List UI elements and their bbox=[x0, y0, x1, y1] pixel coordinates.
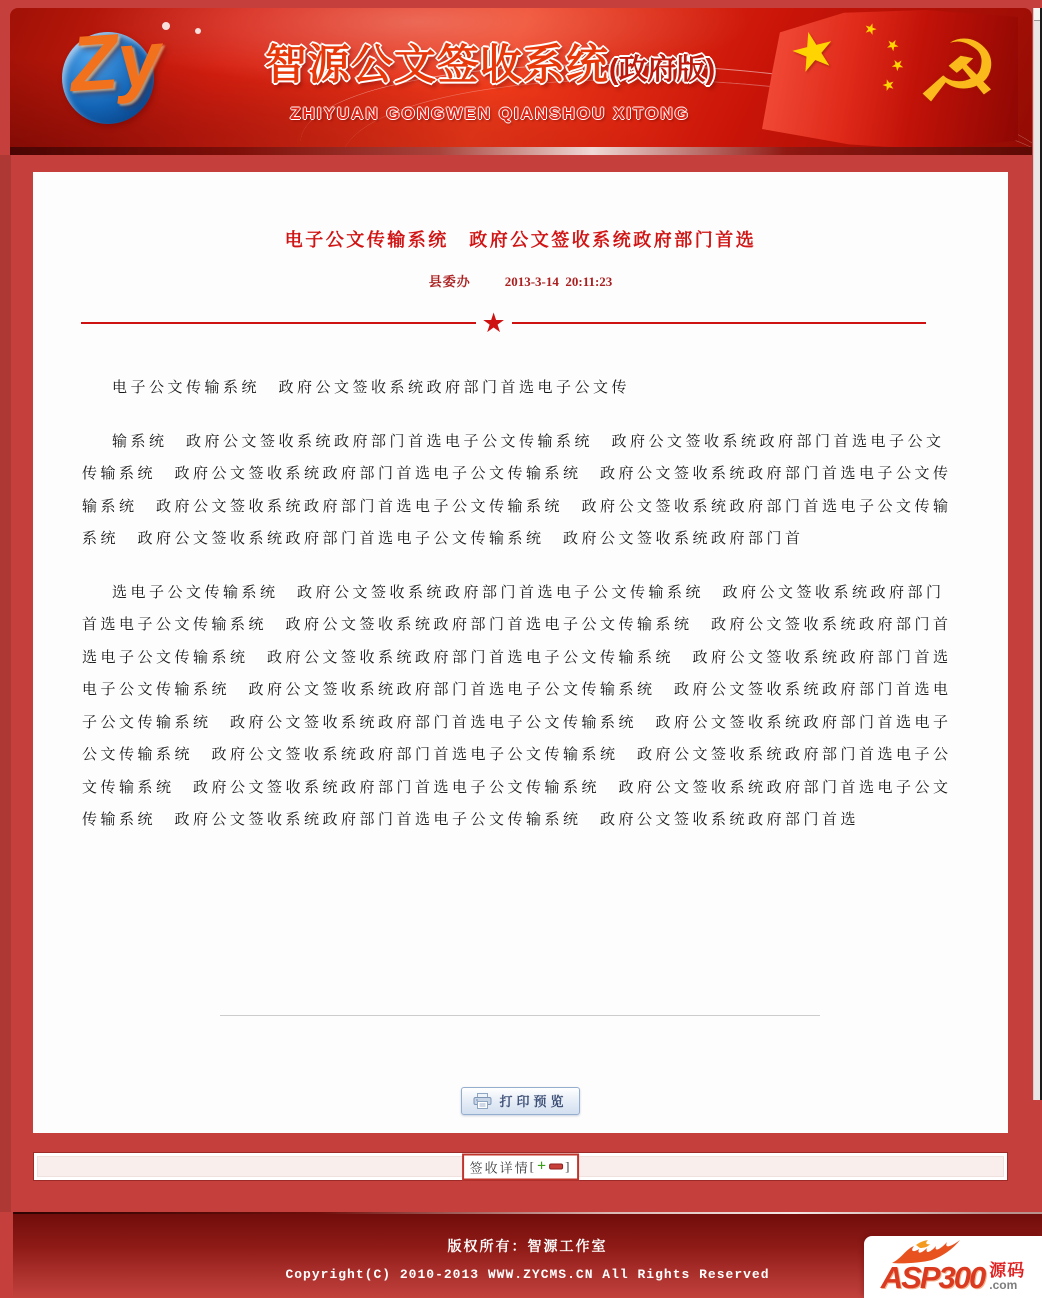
collapse-minus-icon[interactable] bbox=[549, 1164, 563, 1170]
document-paragraph: 电子公文传输系统 政府公文签收系统政府部门首选电子公文传 bbox=[82, 372, 959, 405]
decorative-dot bbox=[195, 28, 201, 34]
site-title-edition: (政府版) bbox=[609, 54, 715, 86]
bracket-close: ] bbox=[565, 1159, 571, 1175]
header-separator bbox=[10, 147, 1032, 155]
flag-small-star-icon: ★ bbox=[862, 18, 880, 39]
asp300-logo-right: 源码 .com bbox=[989, 1263, 1025, 1291]
logo-monogram: Zy bbox=[67, 19, 163, 103]
print-row: 打印预览 bbox=[33, 1087, 1008, 1115]
divider-line bbox=[81, 322, 476, 324]
divider-line bbox=[512, 322, 926, 324]
header-title-block: 智源公文签收系统(政府版) ZHIYUAN GONGWEN QIANSHOU X… bbox=[210, 32, 770, 124]
asp300-logo-text: ASP300 bbox=[881, 1265, 984, 1291]
flag-small-star-icon: ★ bbox=[887, 54, 909, 76]
document-datetime: 2013-3-14 20:11:23 bbox=[505, 274, 613, 289]
receipt-detail-label: 签收详情 bbox=[470, 1157, 530, 1176]
scrollbar-up-button[interactable] bbox=[1034, 8, 1040, 21]
page: Zy 智源公文签收系统(政府版) ZHIYUAN GONGWEN QIANSHO… bbox=[0, 0, 1042, 1298]
flag-small-star-icon: ★ bbox=[877, 74, 899, 95]
left-edge-shade bbox=[0, 155, 11, 1212]
content-divider bbox=[220, 1015, 820, 1016]
asp300-logo-suffix: 源码 bbox=[989, 1263, 1025, 1279]
hammer-sickle-emblem-icon: ☭ bbox=[912, 23, 1006, 126]
decorative-dot bbox=[162, 22, 170, 30]
star-icon: ★ bbox=[476, 313, 512, 333]
china-flag-graphic: ★ ★ ★ ★ ★ ☭ bbox=[762, 10, 1018, 147]
receipt-detail-bar: 签收详情[+] bbox=[33, 1152, 1008, 1181]
header-banner: Zy 智源公文签收系统(政府版) ZHIYUAN GONGWEN QIANSHO… bbox=[10, 8, 1032, 147]
document-meta: 县委办2013-3-14 20:11:23 bbox=[33, 271, 1008, 290]
site-title-pinyin: ZHIYUAN GONGWEN QIANSHOU XITONG bbox=[210, 104, 770, 124]
site-logo[interactable]: Zy bbox=[62, 28, 162, 128]
asp300-logo-link[interactable]: ASP300 源码 .com bbox=[864, 1236, 1042, 1298]
asp300-logo-tld: .com bbox=[989, 1279, 1017, 1291]
star-divider: ★ bbox=[81, 313, 926, 333]
site-title: 智源公文签收系统 bbox=[265, 41, 609, 88]
document-paragraph: 选电子公文传输系统 政府公文签收系统政府部门首选电子公文传输系统 政府公文签收系… bbox=[82, 577, 959, 837]
scrollbar[interactable] bbox=[1033, 8, 1042, 1100]
document-body: 电子公文传输系统 政府公文签收系统政府部门首选电子公文传 输系统 政府公文签收系… bbox=[82, 372, 959, 837]
document-paragraph: 输系统 政府公文签收系统政府部门首选电子公文传输系统 政府公文签收系统政府部门首… bbox=[82, 426, 959, 556]
document-panel: 电子公文传输系统 政府公文签收系统政府部门首选 县委办2013-3-14 20:… bbox=[33, 172, 1008, 1133]
flag-small-star-icon: ★ bbox=[882, 34, 903, 56]
print-preview-label: 打印预览 bbox=[499, 1091, 567, 1110]
document-department: 县委办 bbox=[429, 274, 471, 289]
receipt-detail-track: 签收详情[+] bbox=[37, 1156, 1004, 1177]
document-title: 电子公文传输系统 政府公文签收系统政府部门首选 bbox=[33, 226, 1008, 252]
printer-icon bbox=[473, 1093, 492, 1109]
expand-plus-icon[interactable]: + bbox=[537, 1158, 546, 1176]
print-preview-button[interactable]: 打印预览 bbox=[461, 1087, 579, 1115]
flag-big-star-icon: ★ bbox=[783, 17, 843, 86]
flame-icon bbox=[890, 1239, 962, 1265]
receipt-detail-toggle[interactable]: 签收详情[+] bbox=[462, 1153, 580, 1180]
bracket-open: [ bbox=[530, 1159, 536, 1175]
